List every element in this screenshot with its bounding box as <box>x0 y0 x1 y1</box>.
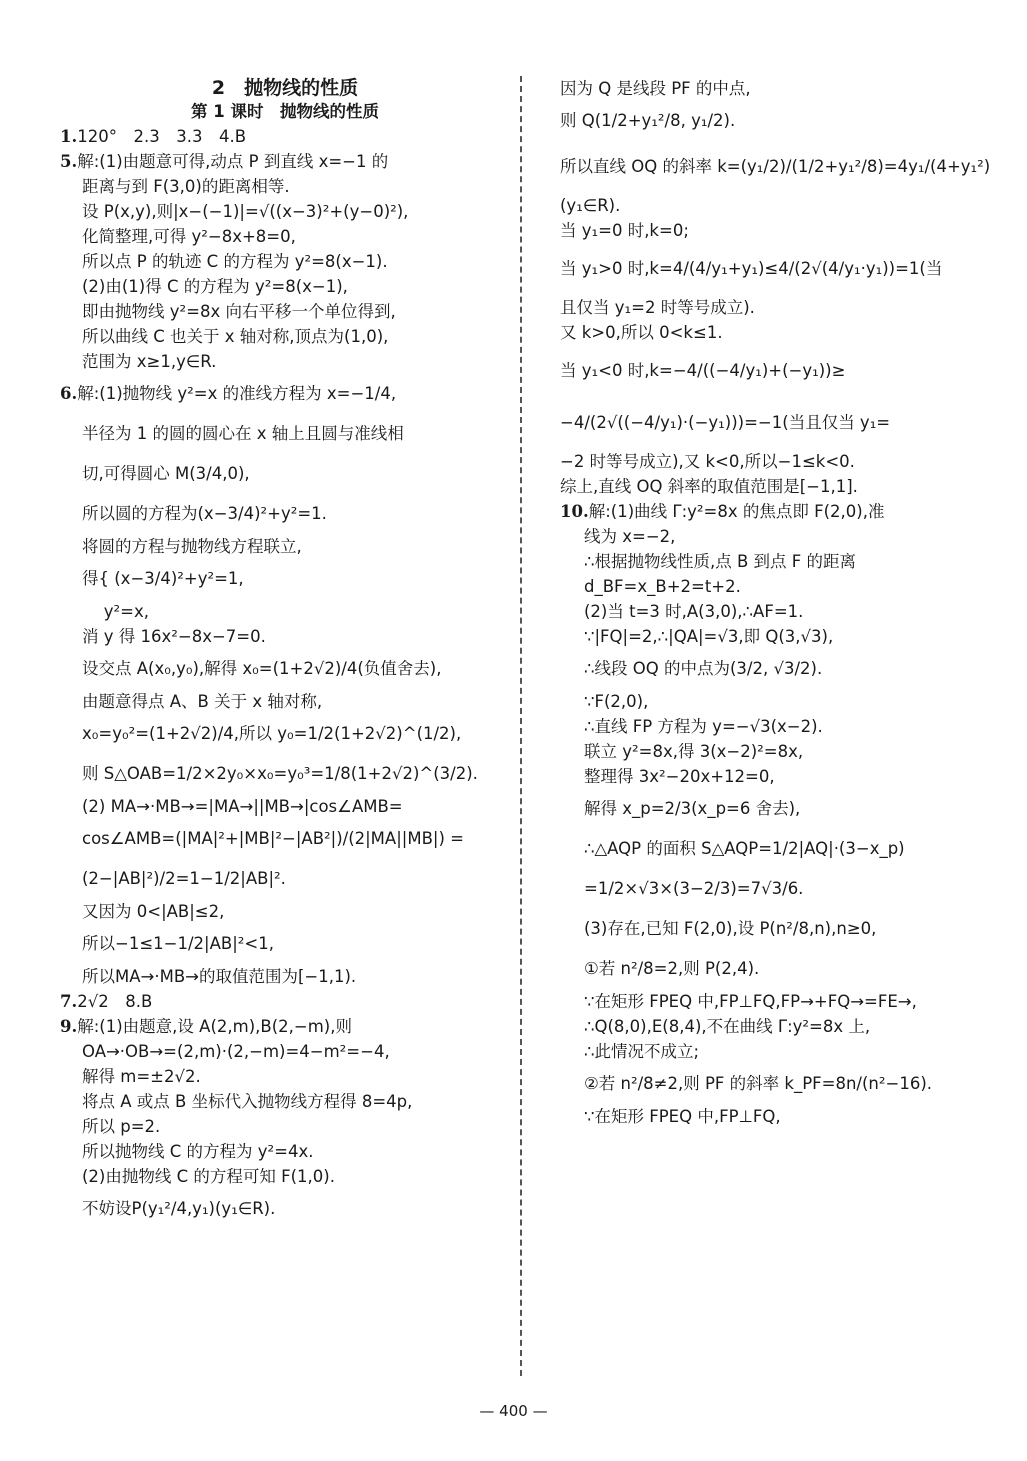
answer-line: (2) MA→·MB→=|MA→||MB→|cos∠AMB= <box>60 794 500 819</box>
column-divider <box>520 76 522 1376</box>
answer-text: ∴线段 OQ 的中点为(3/2, √3/2). <box>584 659 822 678</box>
answer-text: (2)由抛物线 C 的方程可知 F(1,0). <box>82 1167 335 1186</box>
answer-line: y²=x, <box>60 599 500 624</box>
section-title: 2 抛物线的性质 <box>70 76 500 100</box>
answer-text: 化简整理,可得 y²−8x+8=0, <box>82 227 296 246</box>
answer-text: ②若 n²/8≠2,则 PF 的斜率 k_PF=8n/(n²−16). <box>584 1074 932 1093</box>
answer-text: 所以−1≤1−1/2|AB|²<1, <box>82 934 274 953</box>
answer-text: 设交点 A(x₀,y₀),解得 x₀=(1+2√2)/4(负值舍去), <box>82 659 442 678</box>
answer-line: 所以抛物线 C 的方程为 y²=4x. <box>60 1139 500 1164</box>
question-number: 5. <box>60 152 77 171</box>
answer-line: 5.解:(1)由题意可得,动点 P 到直线 x=−1 的 <box>60 149 500 174</box>
answer-line: (2)由(1)得 C 的方程为 y²=8(x−1), <box>60 274 500 299</box>
answer-line: ∵在矩形 FPEQ 中,FP⊥FQ,FP→+FQ→=FE→, <box>560 989 980 1014</box>
answer-line: 所以MA→·MB→的取值范围为[−1,1). <box>60 964 500 989</box>
answer-text: 所以 p=2. <box>82 1117 160 1136</box>
answer-line: ∴此情况不成立; <box>560 1039 980 1064</box>
answer-text: 所以曲线 C 也关于 x 轴对称,顶点为(1,0), <box>82 327 388 346</box>
answer-line: cos∠AMB=(|MA|²+|MB|²−|AB²|)/(2|MA||MB|) … <box>60 819 500 859</box>
answer-line: 距离与到 F(3,0)的距离相等. <box>60 174 500 199</box>
answer-line: 所以点 P 的轨迹 C 的方程为 y²=8(x−1). <box>60 249 500 274</box>
answer-line: 设交点 A(x₀,y₀),解得 x₀=(1+2√2)/4(负值舍去), <box>60 649 500 689</box>
answer-text: ∵在矩形 FPEQ 中,FP⊥FQ,FP→+FQ→=FE→, <box>584 992 917 1011</box>
answer-line: 10.解:(1)曲线 Γ:y²=8x 的焦点即 F(2,0),准 <box>560 499 980 524</box>
page-number: — 400 — <box>0 1402 1027 1420</box>
answer-text: 将圆的方程与抛物线方程联立, <box>82 537 302 556</box>
answer-text: 且仅当 y₁=2 时等号成立). <box>560 298 755 317</box>
answer-text: x₀=y₀²=(1+2√2)/4,所以 y₀=1/2(1+2√2)^(1/2), <box>82 724 461 743</box>
answer-text: 整理得 3x²−20x+12=0, <box>584 767 775 786</box>
answer-text: ∴△AQP 的面积 S△AQP=1/2|AQ|·(3−x_p) <box>584 839 905 858</box>
answer-text: 解得 x_p=2/3(x_p=6 舍去), <box>584 799 800 818</box>
answer-line: 所以圆的方程为(x−3/4)²+y²=1. <box>60 494 500 534</box>
answer-text: 距离与到 F(3,0)的距离相等. <box>82 177 290 196</box>
answer-line: (2)当 t=3 时,A(3,0),∴AF=1. <box>560 599 980 624</box>
left-answer-lines: 1.120° 2.3 3.3 4.B5.解:(1)由题意可得,动点 P 到直线 … <box>60 124 500 1229</box>
answer-line: 7.2√2 8.B <box>60 989 500 1014</box>
answer-line: 将圆的方程与抛物线方程联立, <box>60 534 500 559</box>
answer-text: OA→·OB→=(2,m)·(2,−m)=4−m²=−4, <box>82 1042 390 1061</box>
answer-text: 得{ (x−3/4)²+y²=1, <box>82 569 244 588</box>
answer-text: 120° 2.3 3.3 4.B <box>77 127 246 146</box>
question-number: 1. <box>60 127 77 146</box>
answer-line: 不妨设P(y₁²/4,y₁)(y₁∈R). <box>60 1189 500 1229</box>
answer-line: (3)存在,已知 F(2,0),设 P(n²/8,n),n≥0, <box>560 909 980 949</box>
answer-line: 当 y₁<0 时,k=−4/((−4/y₁)+(−y₁))≥ <box>560 345 980 397</box>
answer-text: ①若 n²/8=2,则 P(2,4). <box>584 959 759 978</box>
answer-line: 范围为 x≥1,y∈R. <box>60 349 500 374</box>
answer-line: 所以曲线 C 也关于 x 轴对称,顶点为(1,0), <box>60 324 500 349</box>
answer-line: 即由抛物线 y²=8x 向右平移一个单位得到, <box>60 299 500 324</box>
lesson-title: 第 1 课时 抛物线的性质 <box>70 100 500 124</box>
answer-text: 联立 y²=8x,得 3(x−2)²=8x, <box>584 742 803 761</box>
answer-line: ∵在矩形 FPEQ 中,FP⊥FQ, <box>560 1104 980 1129</box>
answer-line: 又因为 0<|AB|≤2, <box>60 899 500 924</box>
answer-text: 所以圆的方程为(x−3/4)²+y²=1. <box>82 504 327 523</box>
answer-line: 化简整理,可得 y²−8x+8=0, <box>60 224 500 249</box>
answer-text: ∴直线 FP 方程为 y=−√3(x−2). <box>584 717 823 736</box>
answer-line: ∴△AQP 的面积 S△AQP=1/2|AQ|·(3−x_p) <box>560 829 980 869</box>
answer-text: cos∠AMB=(|MA|²+|MB|²−|AB²|)/(2|MA||MB|) … <box>82 829 464 848</box>
answer-line: x₀=y₀²=(1+2√2)/4,所以 y₀=1/2(1+2√2)^(1/2), <box>60 714 500 754</box>
answer-text: (2−|AB|²)/2=1−1/2|AB|². <box>82 869 286 888</box>
answer-text: 所以MA→·MB→的取值范围为[−1,1). <box>82 967 356 986</box>
answer-text: 所以点 P 的轨迹 C 的方程为 y²=8(x−1). <box>82 252 388 271</box>
answer-line: 所以直线 OQ 的斜率 k=(y₁/2)/(1/2+y₁²/8)=4y₁/(4+… <box>560 141 980 193</box>
answer-text: ∴根据抛物线性质,点 B 到点 F 的距离 <box>584 552 856 571</box>
answer-text: (2)由(1)得 C 的方程为 y²=8(x−1), <box>82 277 348 296</box>
answer-line: (y₁∈R). <box>560 193 980 218</box>
question-number: 6. <box>60 384 77 403</box>
left-column: 2 抛物线的性质 第 1 课时 抛物线的性质 1.120° 2.3 3.3 4.… <box>60 76 500 1229</box>
answer-line: 整理得 3x²−20x+12=0, <box>560 764 980 789</box>
answer-line: 因为 Q 是线段 PF 的中点, <box>560 76 980 101</box>
answer-text: −4/(2√((−4/y₁)·(−y₁)))=−1(当且仅当 y₁= <box>560 413 890 432</box>
answer-text: 又因为 0<|AB|≤2, <box>82 902 224 921</box>
answer-text: 又 k>0,所以 0<k≤1. <box>560 323 723 342</box>
answer-line: 联立 y²=8x,得 3(x−2)²=8x, <box>560 739 980 764</box>
answer-text: 所以抛物线 C 的方程为 y²=4x. <box>82 1142 313 1161</box>
answer-line: 设 P(x,y),则|x−(−1)|=√((x−3)²+(y−0)²), <box>60 199 500 224</box>
answer-text: 则 S△OAB=1/2×2y₀×x₀=y₀³=1/8(1+2√2)^(3/2). <box>82 764 478 783</box>
answer-line: 解得 x_p=2/3(x_p=6 舍去), <box>560 789 980 829</box>
answer-line: 综上,直线 OQ 斜率的取值范围是[−1,1]. <box>560 474 980 499</box>
answer-line: ②若 n²/8≠2,则 PF 的斜率 k_PF=8n/(n²−16). <box>560 1064 980 1104</box>
answer-line: 所以−1≤1−1/2|AB|²<1, <box>60 924 500 964</box>
answer-text: y²=x, <box>82 602 149 621</box>
answer-text: =1/2×√3×(3−2/3)=7√3/6. <box>584 879 803 898</box>
answer-text: 半径为 1 的圆的圆心在 x 轴上且圆与准线相 <box>82 424 404 443</box>
right-column: 因为 Q 是线段 PF 的中点,则 Q(1/2+y₁²/8, y₁/2).所以直… <box>560 76 980 1129</box>
answer-text: 则 Q(1/2+y₁²/8, y₁/2). <box>560 111 735 130</box>
answer-line: 线为 x=−2, <box>560 524 980 549</box>
answer-text: 解:(1)由题意可得,动点 P 到直线 x=−1 的 <box>77 152 388 171</box>
answer-text: 解:(1)曲线 Γ:y²=8x 的焦点即 F(2,0),准 <box>589 502 885 521</box>
answer-line: 则 Q(1/2+y₁²/8, y₁/2). <box>560 101 980 141</box>
answer-text: 所以直线 OQ 的斜率 k=(y₁/2)/(1/2+y₁²/8)=4y₁/(4+… <box>560 157 990 176</box>
answer-text: 解:(1)由题意,设 A(2,m),B(2,−m),则 <box>77 1017 352 1036</box>
answer-text: ∴此情况不成立; <box>584 1042 699 1061</box>
answer-line: 所以 p=2. <box>60 1114 500 1139</box>
answer-text: 线为 x=−2, <box>584 527 675 546</box>
answer-line: 9.解:(1)由题意,设 A(2,m),B(2,−m),则 <box>60 1014 500 1039</box>
answer-text: 切,可得圆心 M(3/4,0), <box>82 464 250 483</box>
answer-line: d_BF=x_B+2=t+2. <box>560 574 980 599</box>
answer-line: 1.120° 2.3 3.3 4.B <box>60 124 500 149</box>
question-number: 9. <box>60 1017 77 1036</box>
answer-line: ①若 n²/8=2,则 P(2,4). <box>560 949 980 989</box>
answer-text: 将点 A 或点 B 坐标代入抛物线方程得 8=4p, <box>82 1092 412 1111</box>
answer-line: ∴根据抛物线性质,点 B 到点 F 的距离 <box>560 549 980 574</box>
right-answer-lines: 因为 Q 是线段 PF 的中点,则 Q(1/2+y₁²/8, y₁/2).所以直… <box>560 76 980 1129</box>
question-number: 7. <box>60 992 77 1011</box>
answer-line: 得{ (x−3/4)²+y²=1, <box>60 559 500 599</box>
answer-text: (2) MA→·MB→=|MA→||MB→|cos∠AMB= <box>82 797 403 816</box>
answer-text: 范围为 x≥1,y∈R. <box>82 352 216 371</box>
answer-text: ∵|FQ|=2,∴|QA|=√3,即 Q(3,√3), <box>584 627 833 646</box>
answer-text: −2 时等号成立),又 k<0,所以−1≤k<0. <box>560 452 855 471</box>
answer-line: 则 S△OAB=1/2×2y₀×x₀=y₀³=1/8(1+2√2)^(3/2). <box>60 754 500 794</box>
answer-text: 解得 m=±2√2. <box>82 1067 201 1086</box>
answer-line: 解得 m=±2√2. <box>60 1064 500 1089</box>
answer-text: (y₁∈R). <box>560 196 620 215</box>
answer-line: ∴线段 OQ 的中点为(3/2, √3/2). <box>560 649 980 689</box>
answer-text: 解:(1)抛物线 y²=x 的准线方程为 x=−1/4, <box>77 384 396 403</box>
answer-page: 2 抛物线的性质 第 1 课时 抛物线的性质 1.120° 2.3 3.3 4.… <box>0 0 1027 1461</box>
answer-line: 又 k>0,所以 0<k≤1. <box>560 320 980 345</box>
answer-text: 因为 Q 是线段 PF 的中点, <box>560 79 751 98</box>
answer-text: ∵在矩形 FPEQ 中,FP⊥FQ, <box>584 1107 781 1126</box>
answer-line: ∴直线 FP 方程为 y=−√3(x−2). <box>560 714 980 739</box>
answer-line: ∵F(2,0), <box>560 689 980 714</box>
answer-text: 当 y₁=0 时,k=0; <box>560 221 689 240</box>
answer-line: 由题意得点 A、B 关于 x 轴对称, <box>60 689 500 714</box>
answer-line: ∵|FQ|=2,∴|QA|=√3,即 Q(3,√3), <box>560 624 980 649</box>
answer-line: =1/2×√3×(3−2/3)=7√3/6. <box>560 869 980 909</box>
answer-text: 当 y₁<0 时,k=−4/((−4/y₁)+(−y₁))≥ <box>560 361 845 380</box>
answer-line: 消 y 得 16x²−8x−7=0. <box>60 624 500 649</box>
answer-text: ∴Q(8,0),E(8,4),不在曲线 Γ:y²=8x 上, <box>584 1017 870 1036</box>
answer-text: d_BF=x_B+2=t+2. <box>584 577 741 596</box>
answer-text: 消 y 得 16x²−8x−7=0. <box>82 627 266 646</box>
answer-line: (2)由抛物线 C 的方程可知 F(1,0). <box>60 1164 500 1189</box>
answer-text: 不妨设P(y₁²/4,y₁)(y₁∈R). <box>82 1199 275 1218</box>
answer-line: 切,可得圆心 M(3/4,0), <box>60 454 500 494</box>
answer-line: 当 y₁=0 时,k=0; <box>560 218 980 243</box>
question-number: 10. <box>560 502 589 521</box>
answer-line: (2−|AB|²)/2=1−1/2|AB|². <box>60 859 500 899</box>
answer-line: 6.解:(1)抛物线 y²=x 的准线方程为 x=−1/4, <box>60 374 500 414</box>
answer-line: ∴Q(8,0),E(8,4),不在曲线 Γ:y²=8x 上, <box>560 1014 980 1039</box>
answer-text: 综上,直线 OQ 斜率的取值范围是[−1,1]. <box>560 477 858 496</box>
answer-text: 由题意得点 A、B 关于 x 轴对称, <box>82 692 322 711</box>
answer-text: 即由抛物线 y²=8x 向右平移一个单位得到, <box>82 302 396 321</box>
answer-text: (2)当 t=3 时,A(3,0),∴AF=1. <box>584 602 803 621</box>
answer-text: (3)存在,已知 F(2,0),设 P(n²/8,n),n≥0, <box>584 919 876 938</box>
answer-text: ∵F(2,0), <box>584 692 648 711</box>
answer-line: 且仅当 y₁=2 时等号成立). <box>560 295 980 320</box>
answer-line: −2 时等号成立),又 k<0,所以−1≤k<0. <box>560 449 980 474</box>
answer-text: 设 P(x,y),则|x−(−1)|=√((x−3)²+(y−0)²), <box>82 202 408 221</box>
answer-line: OA→·OB→=(2,m)·(2,−m)=4−m²=−4, <box>60 1039 500 1064</box>
answer-text: 2√2 8.B <box>77 992 152 1011</box>
answer-line: 将点 A 或点 B 坐标代入抛物线方程得 8=4p, <box>60 1089 500 1114</box>
answer-text: 当 y₁>0 时,k=4/(4/y₁+y₁)≤4/(2√(4/y₁·y₁))=1… <box>560 259 942 278</box>
answer-line: 当 y₁>0 时,k=4/(4/y₁+y₁)≤4/(2√(4/y₁·y₁))=1… <box>560 243 980 295</box>
answer-line: 半径为 1 的圆的圆心在 x 轴上且圆与准线相 <box>60 414 500 454</box>
answer-line: −4/(2√((−4/y₁)·(−y₁)))=−1(当且仅当 y₁= <box>560 397 980 449</box>
